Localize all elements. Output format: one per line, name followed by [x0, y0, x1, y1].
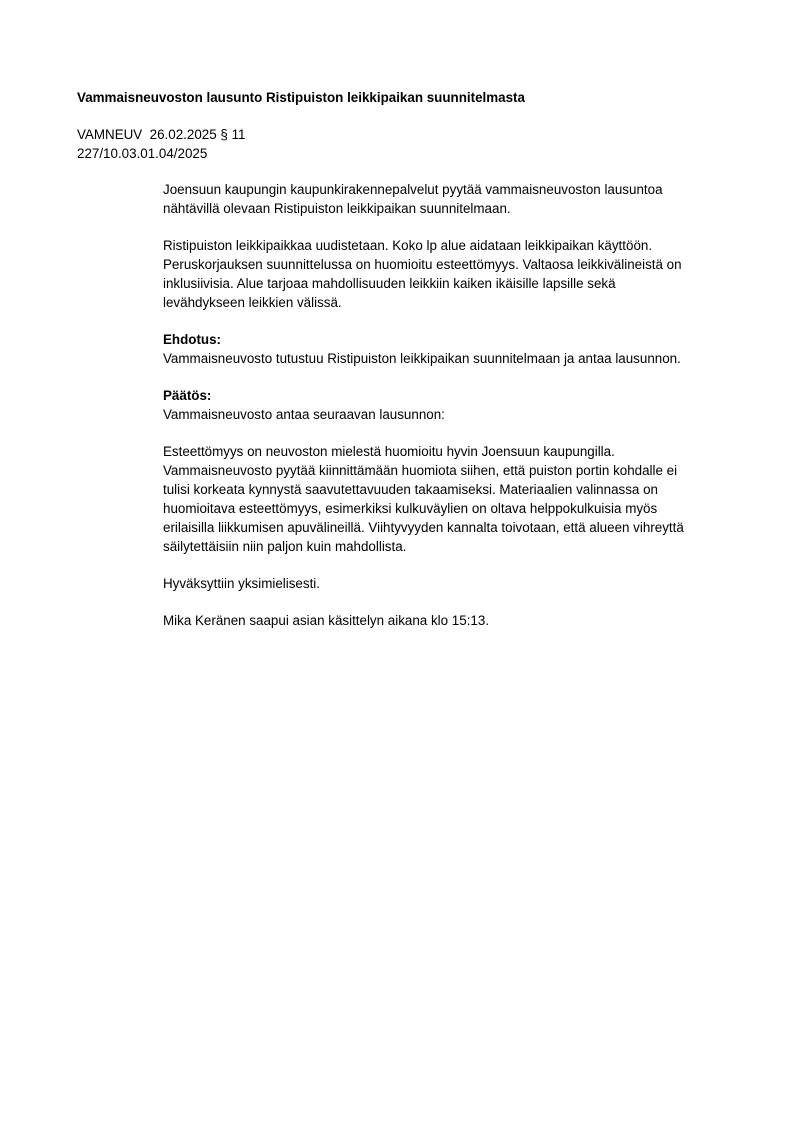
document-meta: VAMNEUV 26.02.2025 § 11 227/10.03.01.04/…: [77, 125, 245, 163]
text-line: Vammaisneuvosto antaa seuraavan lausunno…: [163, 405, 743, 424]
text-line: erilaisilla liikkumisen apuvälineillä. V…: [163, 518, 743, 537]
text-line: levähdykseen leikkien välissä.: [163, 293, 743, 312]
attendance-note: Mika Keränen saapui asian käsittelyn aik…: [163, 611, 743, 630]
text-line: Mika Keränen saapui asian käsittelyn aik…: [163, 611, 743, 630]
proposal-heading: Ehdotus:: [163, 330, 743, 349]
statement-paragraph: Esteettömyys on neuvoston mielestä huomi…: [163, 442, 743, 556]
record-number: 227/10.03.01.04/2025: [77, 144, 245, 163]
document-title: Vammaisneuvoston lausunto Ristipuiston l…: [77, 88, 525, 107]
text-line: Peruskorjauksen suunnittelussa on huomio…: [163, 255, 743, 274]
proposal-section: Ehdotus: Vammaisneuvosto tutustuu Ristip…: [163, 330, 743, 368]
text-line: Ristipuiston leikkipaikkaa uudistetaan. …: [163, 236, 743, 255]
text-line: huomioitava esteettömyys, esimerkiksi ku…: [163, 499, 743, 518]
text-line: Hyväksyttiin yksimielisesti.: [163, 574, 743, 593]
description-paragraph: Ristipuiston leikkipaikkaa uudistetaan. …: [163, 236, 743, 312]
text-line: Vammaisneuvosto pyytää kiinnittämään huo…: [163, 461, 743, 480]
text-line: Esteettömyys on neuvoston mielestä huomi…: [163, 442, 743, 461]
document-body: Joensuun kaupungin kaupunkirakennepalvel…: [163, 180, 743, 648]
meeting-reference: VAMNEUV 26.02.2025 § 11: [77, 125, 245, 144]
intro-paragraph: Joensuun kaupungin kaupunkirakennepalvel…: [163, 180, 743, 218]
text-line: Vammaisneuvosto tutustuu Ristipuiston le…: [163, 349, 743, 368]
document-page: Vammaisneuvoston lausunto Ristipuiston l…: [0, 0, 794, 1122]
text-line: tulisi korkeata kynnystä saavutettavuude…: [163, 480, 743, 499]
approval-paragraph: Hyväksyttiin yksimielisesti.: [163, 574, 743, 593]
text-line: säilytettäisiin niin paljon kuin mahdoll…: [163, 537, 743, 556]
text-line: inklusiivisia. Alue tarjoaa mahdollisuud…: [163, 274, 743, 293]
decision-section: Päätös: Vammaisneuvosto antaa seuraavan …: [163, 386, 743, 424]
text-line: nähtävillä olevaan Ristipuiston leikkipa…: [163, 199, 743, 218]
decision-heading: Päätös:: [163, 386, 743, 405]
text-line: Joensuun kaupungin kaupunkirakennepalvel…: [163, 180, 743, 199]
